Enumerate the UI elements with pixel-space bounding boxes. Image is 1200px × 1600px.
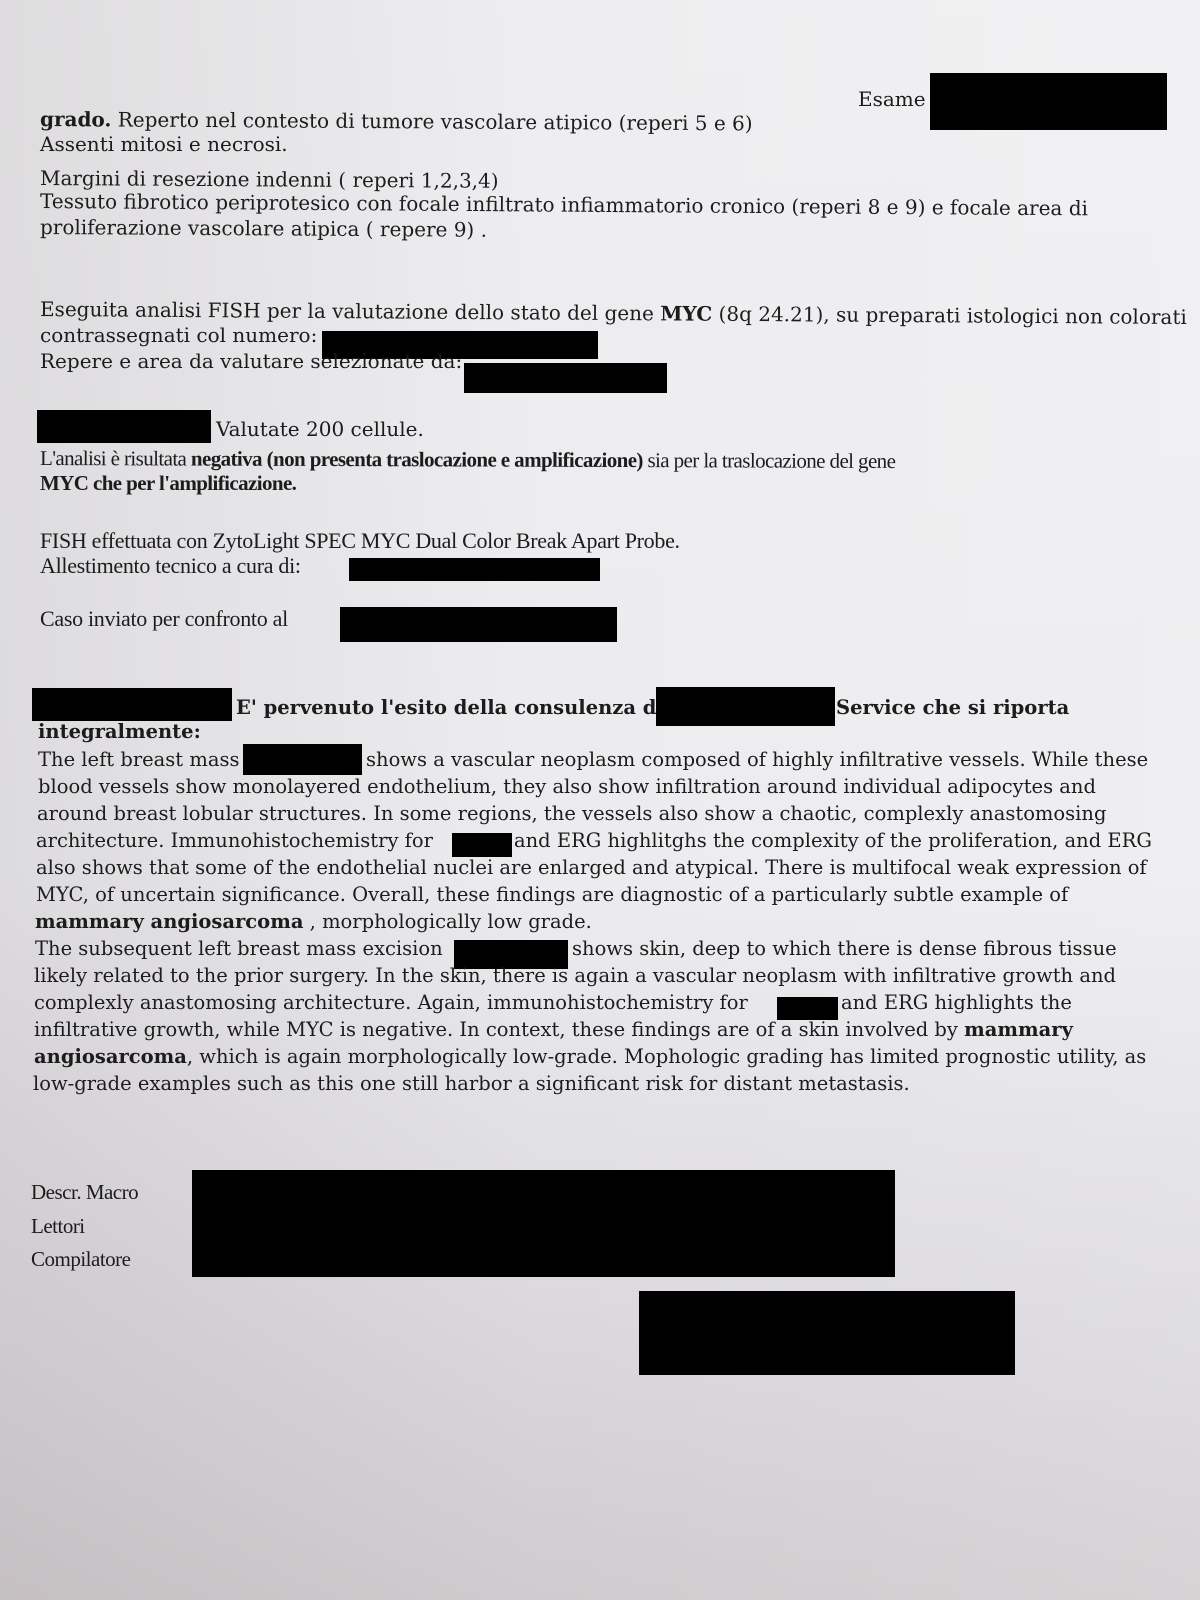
consult-line-12: angiosarcoma, which is again morphologic… [34,1043,1146,1070]
label-lettori: Lettori [31,1214,85,1239]
redacted-consult-center [656,687,835,726]
consult-line-10a: complexly anastomosing architecture. Aga… [34,989,748,1016]
consult-line-4a: architecture. Immunohistochemistry for [36,827,433,854]
fish-result-negative: negativa (non presenta traslocazione e a… [191,447,643,473]
diagnosis-bold-2b: angiosarcoma [34,1045,187,1068]
consult-line-7-rest: , morphologically low grade. [303,910,591,933]
consult-line-8a: The subsequent left breast mass excision [35,935,443,962]
consult-line-1a: The left breast mass [38,746,239,773]
consult-line-12-rest: , which is again morphologically low-gra… [187,1045,1146,1068]
label-compilatore: Compilatore [31,1247,130,1272]
consult-line-8b: shows skin, deep to which there is dense… [572,935,1117,962]
consult-intro-b: Service che si riporta [836,694,1069,721]
redacted-signatories [192,1170,895,1277]
consult-line-7: mammary angiosarcoma , morphologically l… [35,908,592,935]
exam-label: Esame [858,86,926,113]
fish-probe: FISH effettuata con ZytoLight SPEC MYC D… [40,528,680,554]
redacted-specimen-1 [243,744,362,775]
finding-line-5: proliferazione vascolare atipica ( reper… [40,214,487,244]
consult-line-3: around breast lobular structures. In som… [37,800,1106,827]
consult-intro-a: E' pervenuto l'esito della consulenza de… [236,694,676,721]
redacted-date-1 [37,410,211,443]
redacted-technician [349,558,600,581]
consult-line-10b: and ERG highlights the [841,989,1072,1016]
fish-sent: Caso inviato per confronto al [40,606,288,632]
fish-result-line-1: L'analisi è risultata negativa (non pres… [40,446,895,474]
consult-line-11-text: infiltrative growth, while MYC is negati… [34,1018,964,1041]
fish-gene: MYC [660,301,712,325]
diagnosis-bold-2a: mammary [964,1018,1073,1041]
diagnosis-bold-1: mammary angiosarcoma [35,910,303,933]
consult-line-4b: and ERG highlitghs the complexity of the… [514,827,1152,854]
consult-intro-c: integralmente: [38,718,201,745]
fish-technical: Allestimento tecnico a cura di: [40,553,301,579]
fish-result-line-2: MYC che per l'amplificazione. [40,471,296,496]
label-descr-macro: Descr. Macro [31,1180,138,1205]
finding-line-2: Assenti mitosi e necrosi. [40,131,288,158]
consult-line-13: low-grade examples such as this one stil… [33,1070,910,1097]
consult-line-6: MYC, of uncertain significance. Overall,… [36,881,1068,908]
fish-line-1b: (8q 24.21), su preparati istologici non … [712,302,1187,329]
fish-line-3: Repere e area da valutare selezionate da… [40,348,462,375]
redacted-exam-number [930,73,1167,130]
consult-line-1b: shows a vascular neoplasm composed of hi… [366,746,1148,773]
consult-line-2: blood vessels show monolayered endotheli… [38,773,1096,800]
fish-result-a: L'analisi è risultata [40,446,191,471]
redacted-date-2 [32,688,232,721]
fish-cells: Valutate 200 cellule. [216,416,424,443]
redacted-stamp [639,1291,1015,1375]
finding-grade: grado. [40,107,112,131]
consult-line-9: likely related to the prior surgery. In … [34,962,1116,989]
consult-line-11: infiltrative growth, while MYC is negati… [34,1016,1073,1043]
redacted-center [340,607,617,642]
fish-result-b: sia per la traslocazione del gene [643,448,896,473]
redacted-selected-by [464,363,667,393]
fish-line-2: contrassegnati col numero: [40,322,317,349]
consult-line-5: also shows that some of the endothelial … [36,854,1147,881]
